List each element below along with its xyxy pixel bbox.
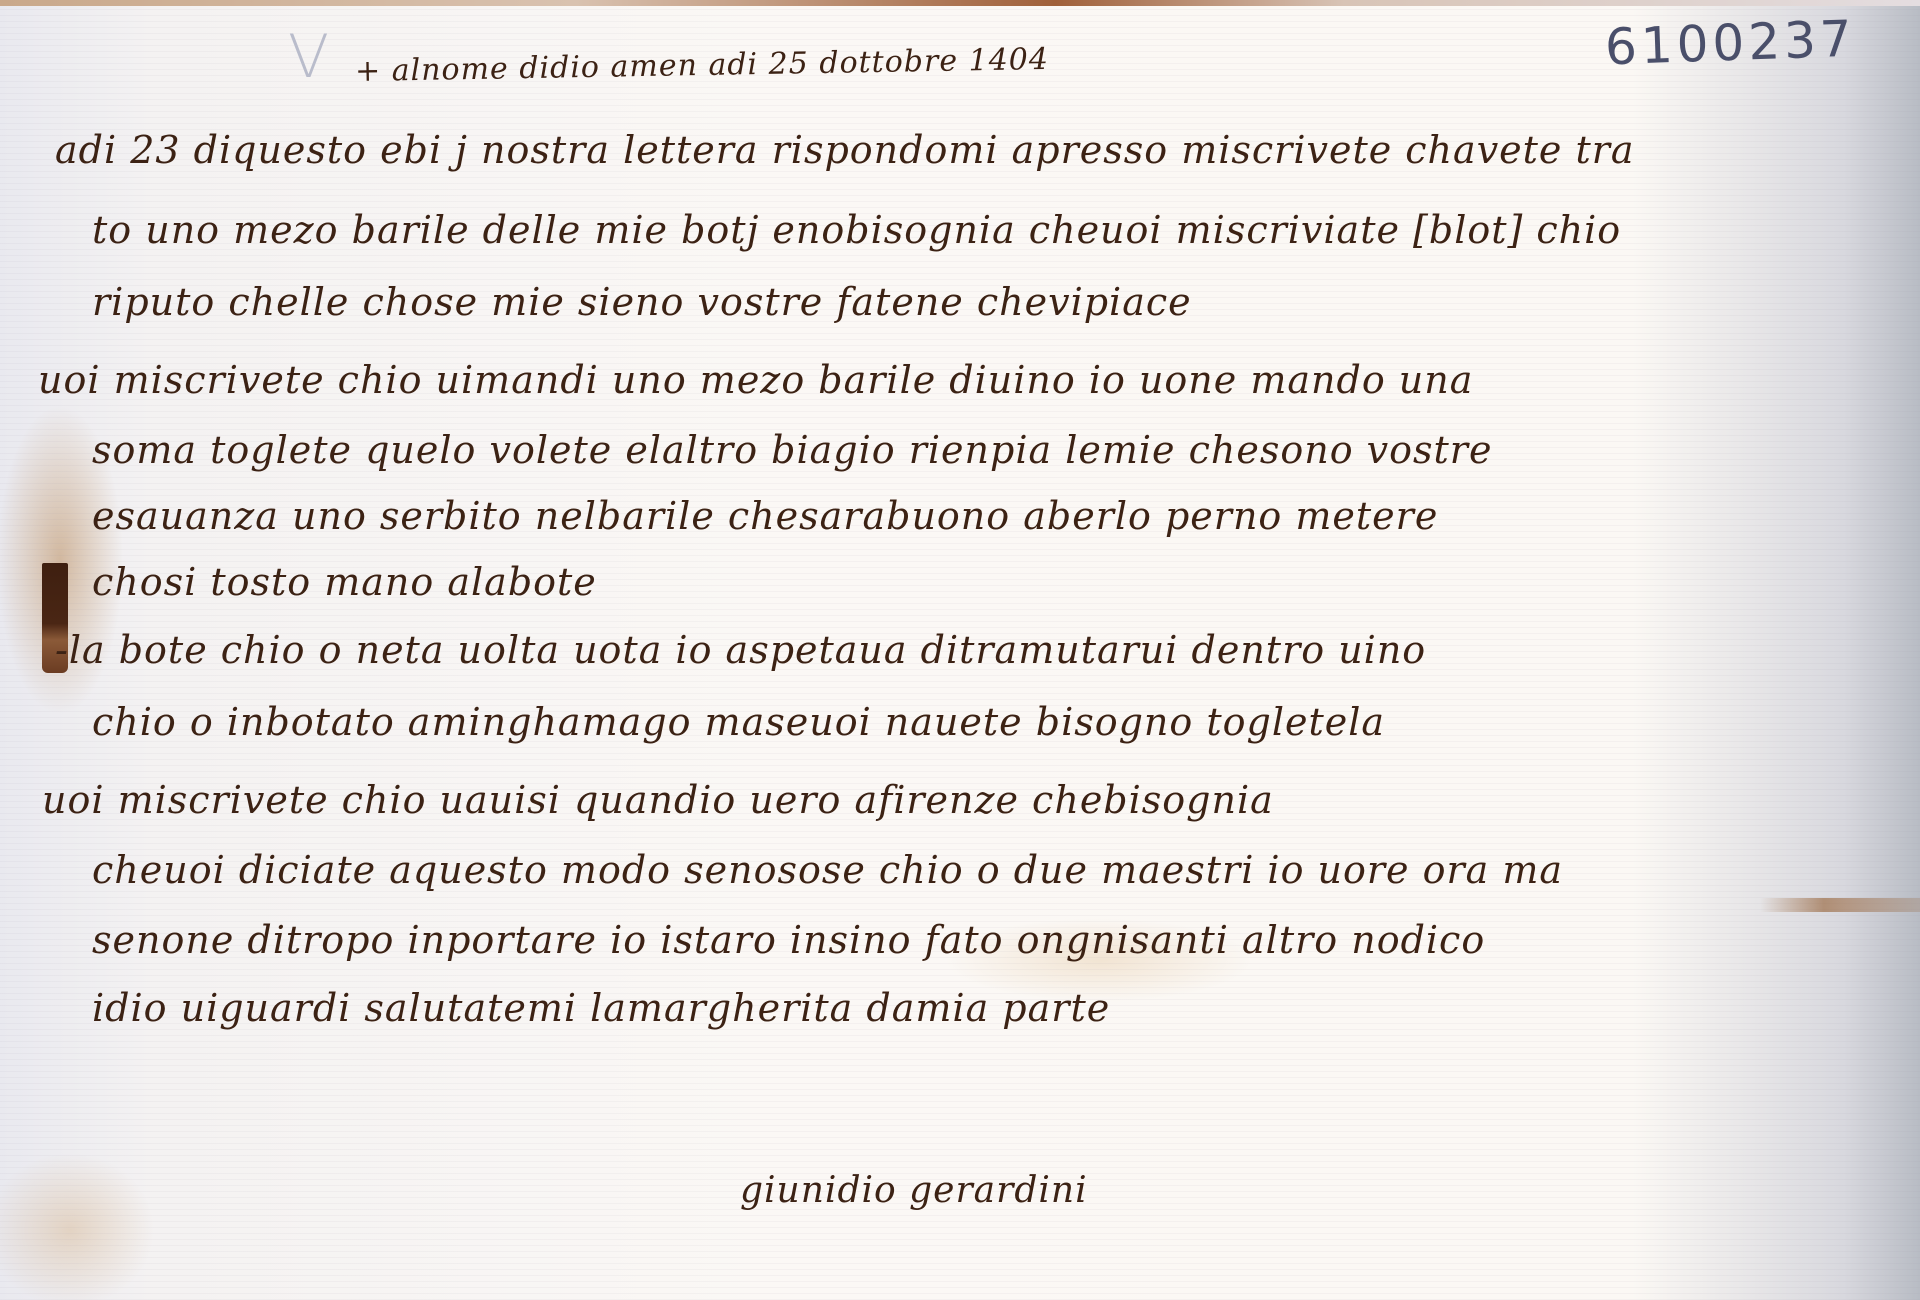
- letter-line-4: uoi miscrivete chio uimandi uno mezo bar…: [38, 358, 1473, 402]
- letter-heading: + alnome didio amen adi 25 dottobre 1404: [355, 42, 1049, 89]
- letter-line-10: uoi miscrivete chio uauisi quandio uero …: [42, 778, 1274, 822]
- archive-number: 6100237: [1604, 10, 1857, 77]
- letter-line-5: soma toglete quelo volete elaltro biagio…: [92, 428, 1492, 472]
- signature: giunidio gerardini: [740, 1170, 1088, 1211]
- letter-line-11: cheuoi diciate aquesto modo senosose chi…: [92, 848, 1563, 892]
- letter-line-7: chosi tosto mano alabote: [92, 560, 597, 604]
- paper-top-edge: [0, 0, 1920, 6]
- letter-line-8: -la bote chio o neta uolta uota io aspet…: [55, 628, 1426, 672]
- letter-line-3: riputo chelle chose mie sieno vostre fat…: [92, 280, 1192, 324]
- letter-line-12: senone ditropo inportare io istaro insin…: [92, 918, 1485, 962]
- letter-line-1: adi 23 diquesto ebi j nostra lettera ris…: [55, 128, 1635, 172]
- letter-line-13: idio uiguardi salutatemi lamargherita da…: [92, 986, 1110, 1030]
- water-stain: [1760, 898, 1920, 912]
- letter-line-2: to uno mezo barile delle mie botj enobis…: [92, 208, 1621, 252]
- letter-line-6: esauanza uno serbito nelbarile chesarabu…: [92, 494, 1438, 538]
- margin-check-mark: V: [288, 22, 329, 92]
- letter-line-9: chio o inbotato aminghamago maseuoi naue…: [92, 700, 1385, 744]
